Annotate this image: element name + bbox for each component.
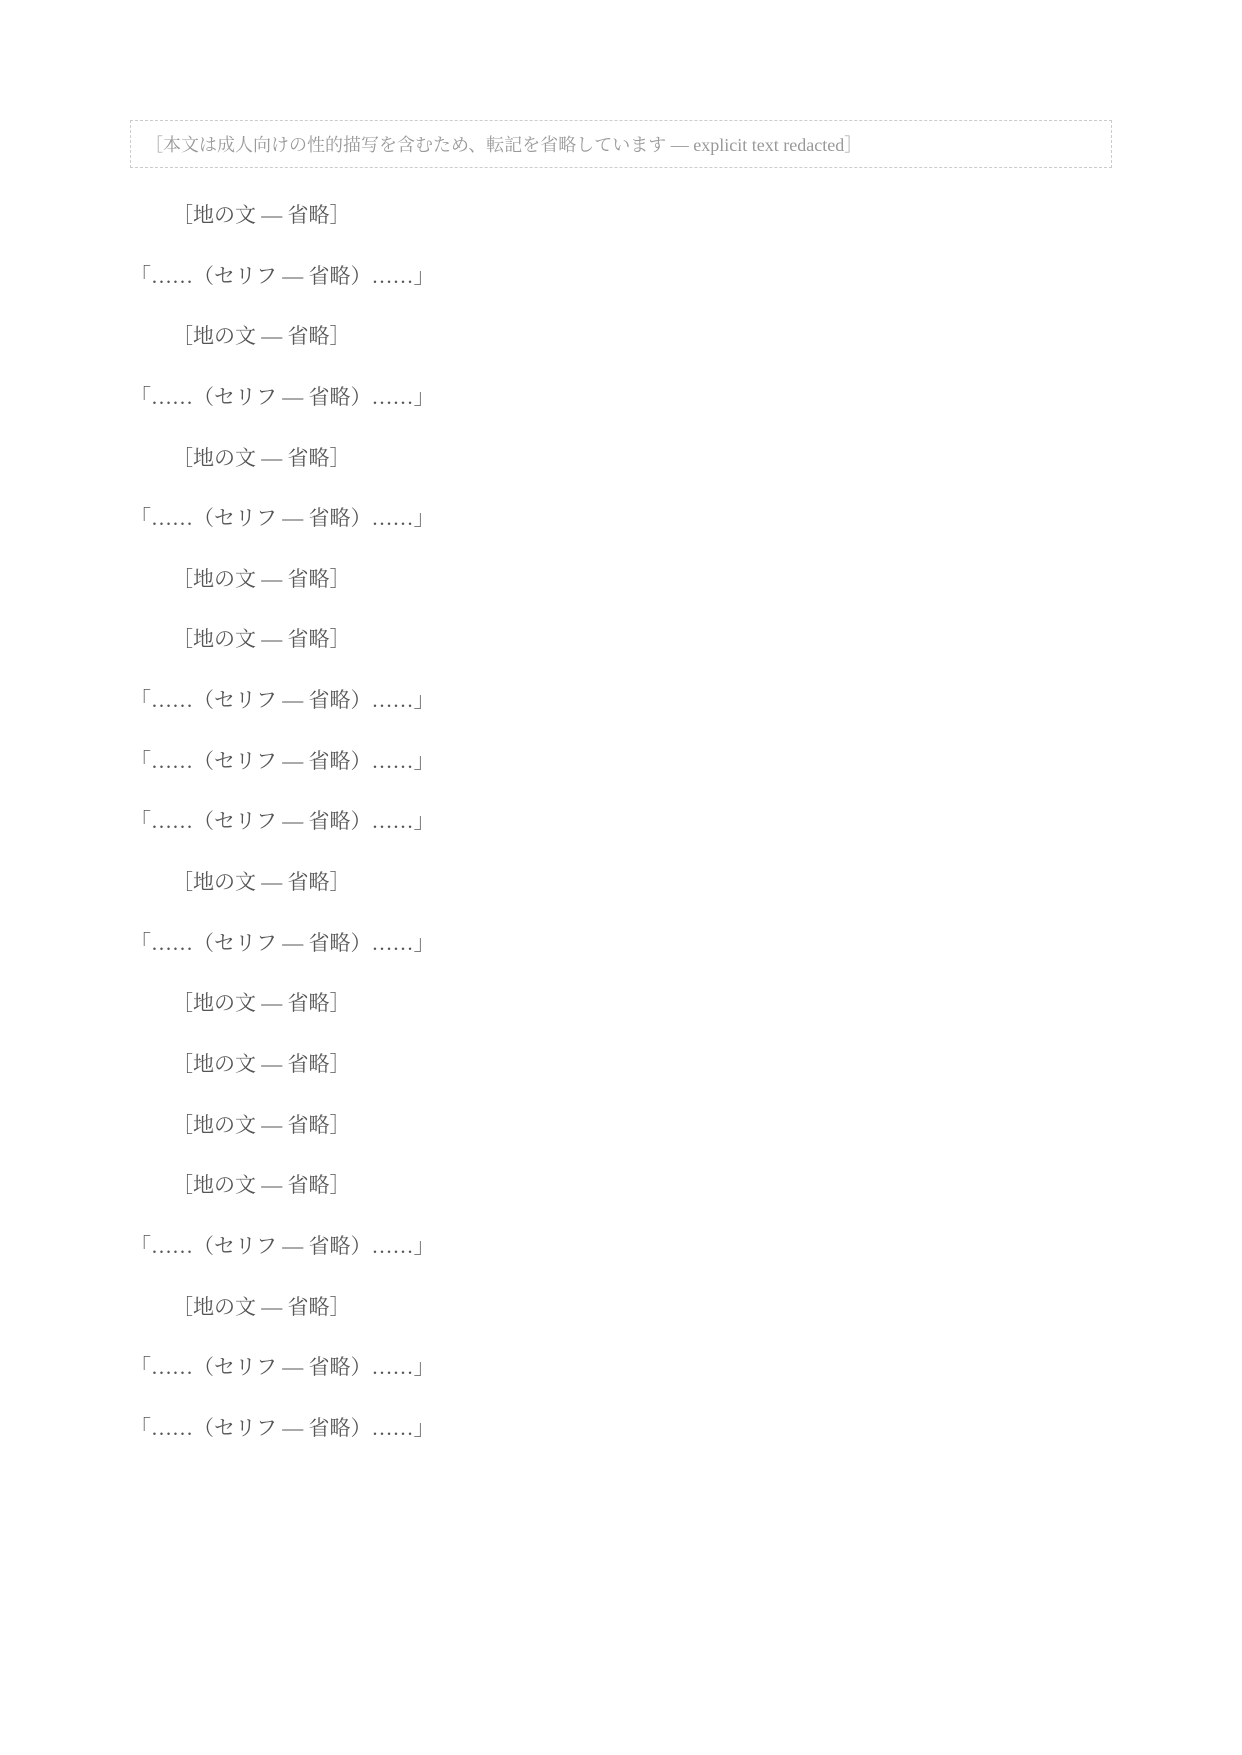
narration-paragraph: ［地の文 — 省略］ (130, 865, 1112, 900)
narration-paragraph: ［地の文 — 省略］ (130, 1290, 1112, 1325)
narration-paragraph: ［地の文 — 省略］ (130, 562, 1112, 597)
dialogue-paragraph: 「……（セリフ — 省略）……」 (130, 501, 1112, 536)
dialogue-paragraph: 「……（セリフ — 省略）……」 (130, 926, 1112, 961)
narration-paragraph: ［地の文 — 省略］ (130, 441, 1112, 476)
dialogue-paragraph: 「……（セリフ — 省略）……」 (130, 683, 1112, 718)
document-body: ［地の文 — 省略］「……（セリフ — 省略）……」［地の文 — 省略］「……（… (130, 198, 1112, 1445)
narration-paragraph: ［地の文 — 省略］ (130, 319, 1112, 354)
redaction-notice: ［本文は成人向けの性的描写を含むため、転記を省略しています — explicit… (130, 120, 1112, 168)
narration-paragraph: ［地の文 — 省略］ (130, 1168, 1112, 1203)
dialogue-paragraph: 「……（セリフ — 省略）……」 (130, 380, 1112, 415)
dialogue-paragraph: 「……（セリフ — 省略）……」 (130, 1411, 1112, 1446)
dialogue-paragraph: 「……（セリフ — 省略）……」 (130, 804, 1112, 839)
narration-paragraph: ［地の文 — 省略］ (130, 198, 1112, 233)
narration-paragraph: ［地の文 — 省略］ (130, 622, 1112, 657)
dialogue-paragraph: 「……（セリフ — 省略）……」 (130, 259, 1112, 294)
dialogue-paragraph: 「……（セリフ — 省略）……」 (130, 744, 1112, 779)
narration-paragraph: ［地の文 — 省略］ (130, 1047, 1112, 1082)
dialogue-paragraph: 「……（セリフ — 省略）……」 (130, 1350, 1112, 1385)
dialogue-paragraph: 「……（セリフ — 省略）……」 (130, 1229, 1112, 1264)
document-page: ［本文は成人向けの性的描写を含むため、転記を省略しています — explicit… (0, 0, 1242, 1755)
narration-paragraph: ［地の文 — 省略］ (130, 986, 1112, 1021)
narration-paragraph: ［地の文 — 省略］ (130, 1108, 1112, 1143)
